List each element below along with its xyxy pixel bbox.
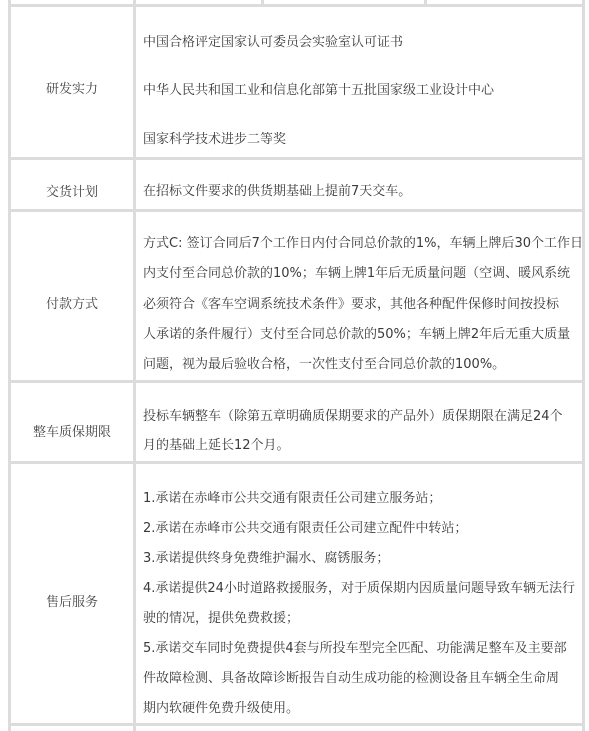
after-sales-line-4: 4.承诺提供24小时道路救援服务，对于质保期内因质量问题导致车辆无法行: [143, 581, 575, 597]
after-sales-line-5: 驶的情况，提供免费救援；: [143, 611, 299, 627]
row-label-research: 研发实力: [11, 82, 133, 98]
after-sales-line-6: 5.承诺交车同时免费提供4套与所投车型完全匹配、功能满足整车及主要部: [143, 641, 567, 657]
row-border: [8, 157, 585, 160]
row-label-warranty: 整车质保期限: [11, 425, 133, 441]
row-border: [8, 380, 585, 383]
research-line-3: 国家科学技术进步二等奖: [143, 132, 286, 148]
after-sales-line-1: 1.承诺在赤峰市公共交通有限责任公司建立服务站；: [143, 491, 441, 507]
payment-line-1: 方式C: 签订合同后7个工作日内付合同总价款的1%，车辆上牌后30个工作日: [143, 236, 583, 252]
payment-line-2: 内支付至合同总价款的10%；车辆上牌1年后无质量问题（空调、暖风系统: [143, 266, 570, 282]
payment-line-5: 问题，视为最后验收合格，一次性支付至合同总价款的100%。: [143, 357, 505, 373]
after-sales-line-7: 件故障检测、具备故障诊断报告自动生成功能的检测设备且车辆全生命周: [143, 671, 559, 687]
research-line-1: 中国合格评定国家认可委员会实验室认可证书: [143, 35, 403, 51]
row-label-delivery: 交货计划: [11, 185, 133, 201]
row-border: [8, 4, 585, 7]
after-sales-line-2: 2.承诺在赤峰市公共交通有限责任公司建立配件中转站；: [143, 521, 467, 537]
row-border: [8, 723, 585, 726]
research-line-2: 中华人民共和国工业和信息化部第十五批国家级工业设计中心: [143, 83, 494, 99]
column-divider: [133, 0, 136, 731]
after-sales-line-3: 3.承诺提供终身免费维护漏水、腐锈服务；: [143, 551, 389, 567]
payment-line-4: 人承诺的条件履行）支付至合同总价款的50%；车辆上牌2年后无重大质量: [143, 327, 570, 343]
payment-line-3: 必须符合《客车空调系统技术条件》要求，其他各种配件保修时间按投标: [143, 297, 559, 313]
row-border: [8, 209, 585, 212]
table-left-border: [8, 0, 11, 731]
row-label-after-sales: 售后服务: [11, 595, 133, 611]
table-right-border: [582, 0, 585, 731]
row-label-payment: 付款方式: [11, 297, 133, 313]
delivery-line-1: 在招标文件要求的供货期基础上提前7天交车。: [143, 184, 411, 200]
warranty-line-2: 月的基础上延长12个月。: [143, 438, 290, 454]
after-sales-line-8: 期内软硬件免费升级使用。: [143, 701, 299, 717]
warranty-line-1: 投标车辆整车（除第五章明确质保期要求的产品外）质保期限在满足24个: [143, 409, 563, 425]
row-border: [8, 461, 585, 464]
